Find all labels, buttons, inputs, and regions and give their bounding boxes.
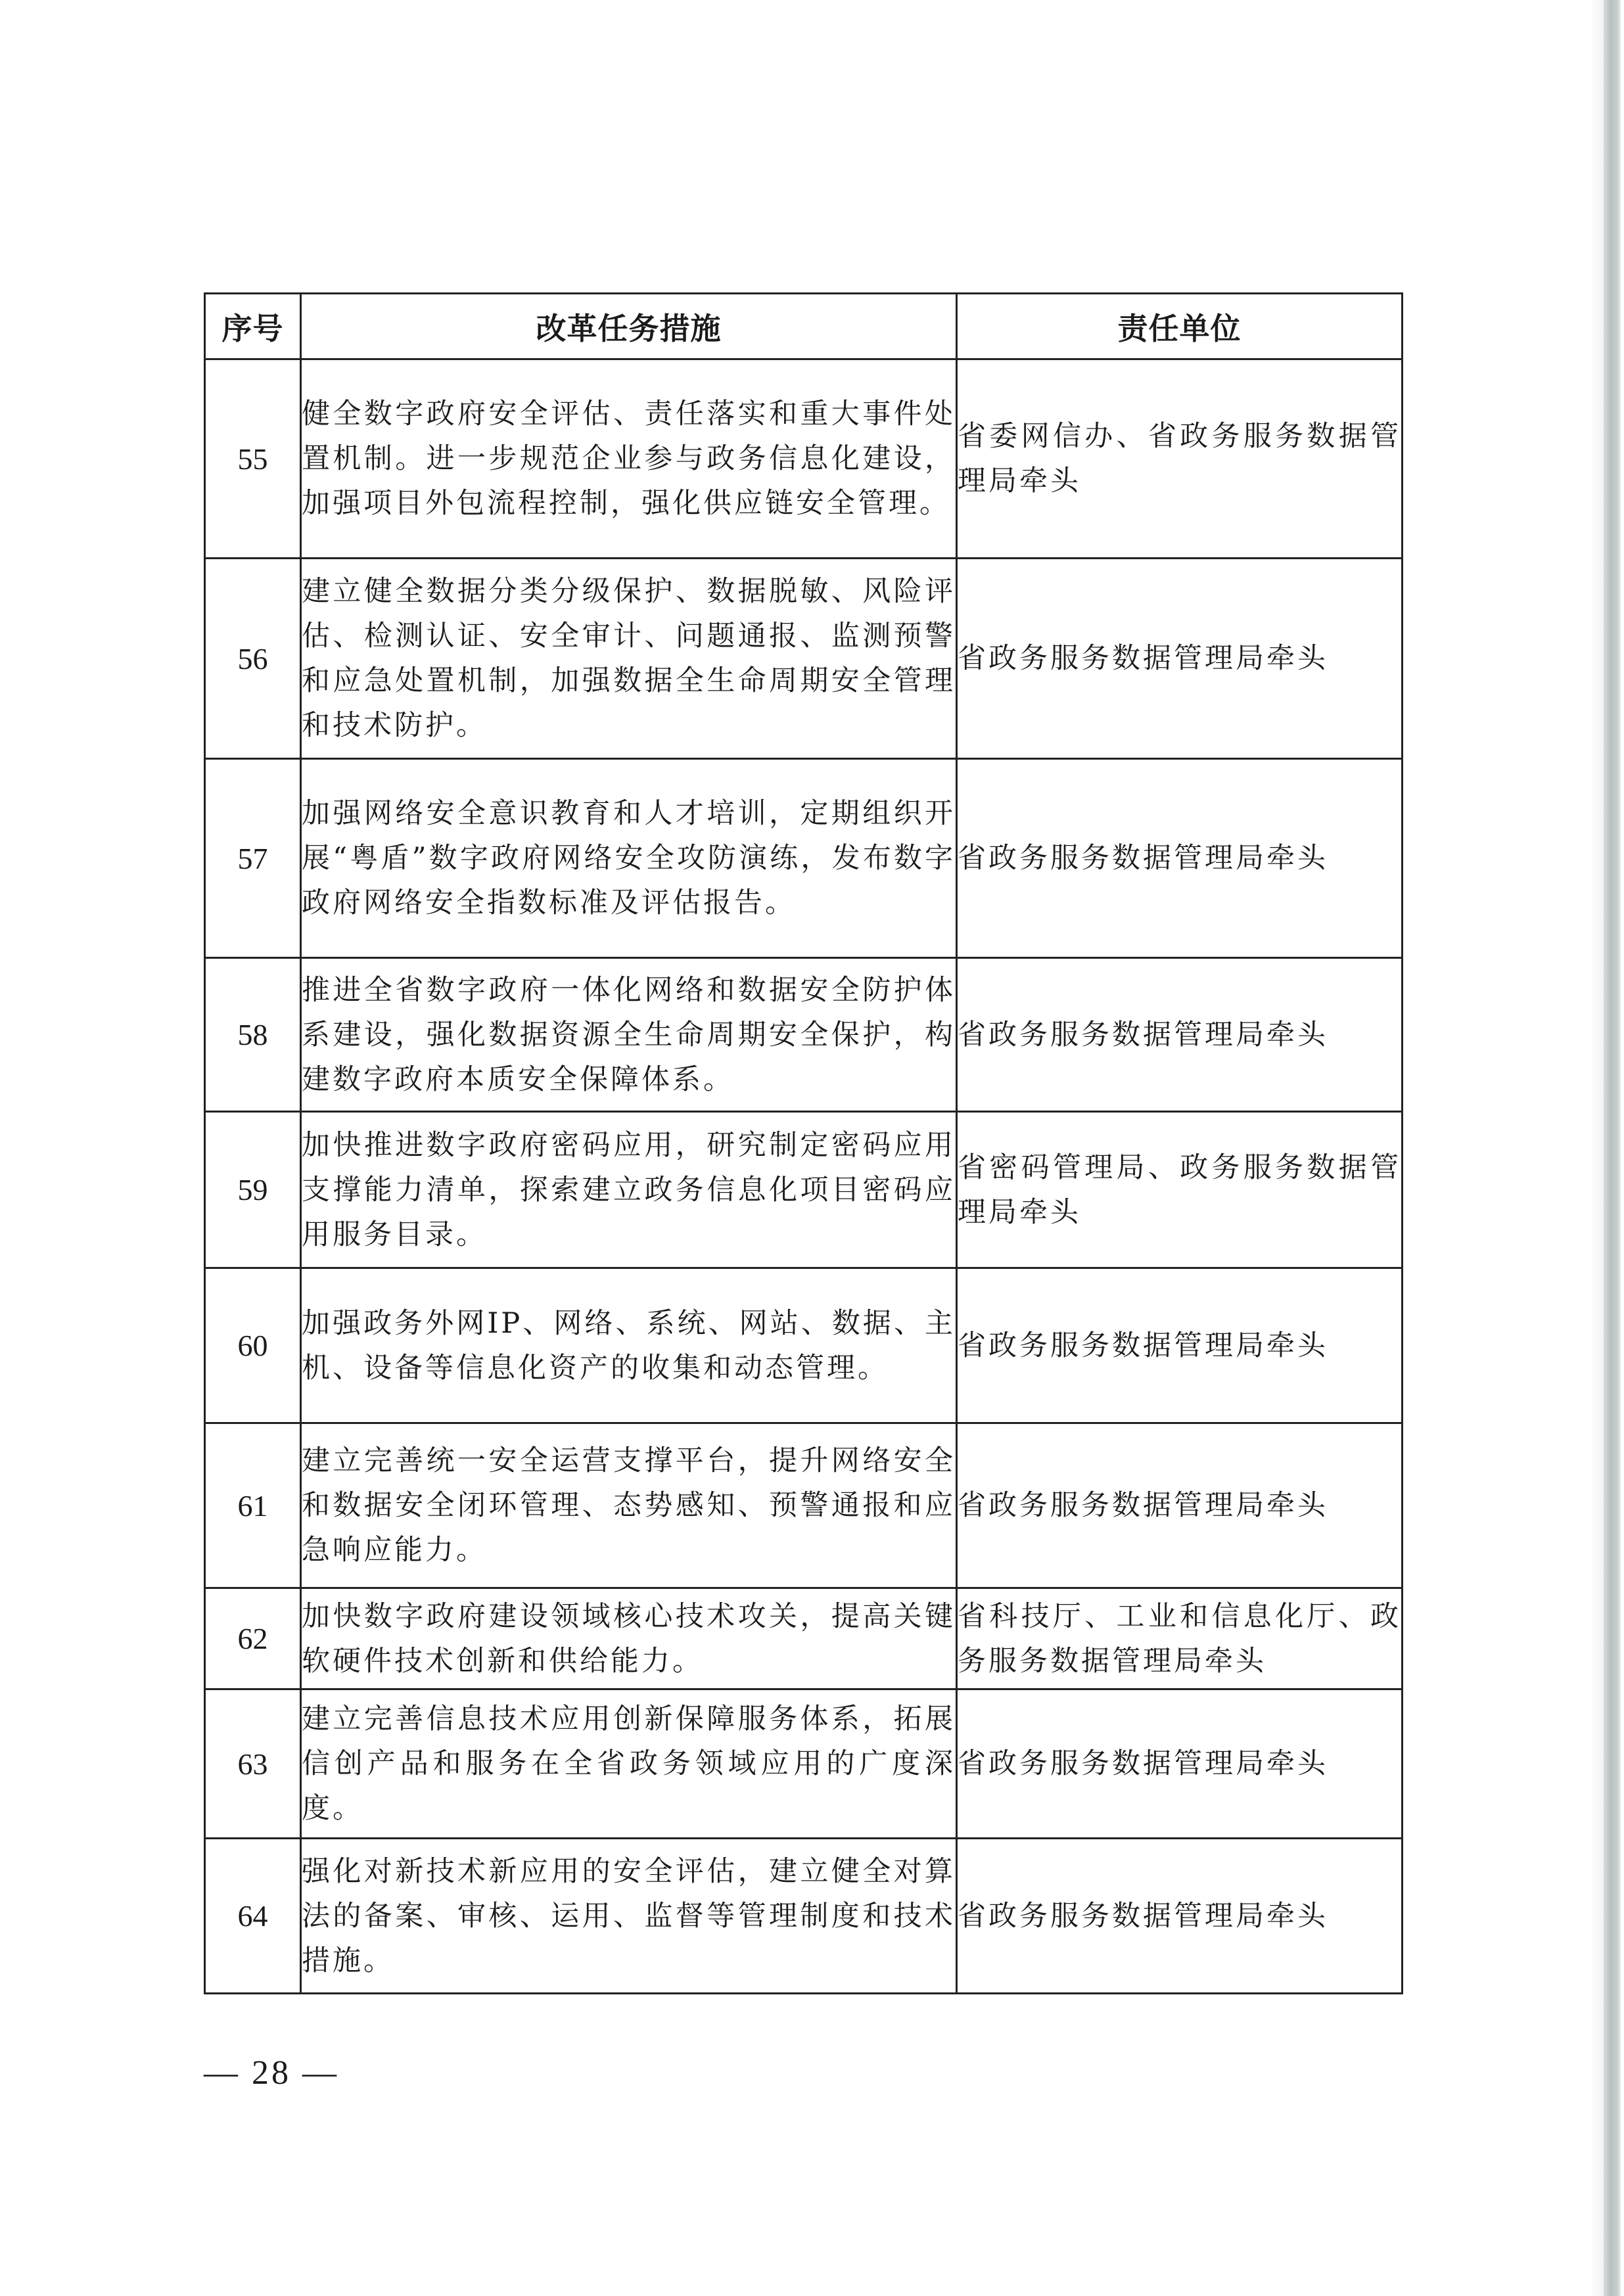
row-unit: 省密码管理局、政务服务数据管理局牵头	[957, 1112, 1403, 1268]
row-unit: 省政务服务数据管理局牵头	[957, 1423, 1403, 1588]
row-task: 加强网络安全意识教育和人才培训，定期组织开展“粤盾”数字政府网络安全攻防演练，发…	[301, 759, 957, 958]
row-task: 建立健全数据分类分级保护、数据脱敏、风险评估、检测认证、安全审计、问题通报、监测…	[301, 559, 957, 759]
row-unit: 省政务服务数据管理局牵头	[957, 1268, 1403, 1423]
row-task: 建立完善信息技术应用创新保障服务体系，拓展信创产品和服务在全省政务领域应用的广度…	[301, 1689, 957, 1839]
table-row: 55 健全数字政府安全评估、责任落实和重大事件处置机制。进一步规范企业参与政务信…	[205, 359, 1403, 559]
row-seq: 60	[205, 1268, 301, 1423]
reform-task-table: 序号 改革任务措施 责任单位 55 健全数字政府安全评估、责任落实和重大事件处置…	[204, 292, 1403, 1994]
row-seq: 56	[205, 559, 301, 759]
row-seq: 55	[205, 359, 301, 559]
row-task: 健全数字政府安全评估、责任落实和重大事件处置机制。进一步规范企业参与政务信息化建…	[301, 359, 957, 559]
row-unit: 省科技厅、工业和信息化厅、政务服务数据管理局牵头	[957, 1588, 1403, 1689]
table-row: 56 建立健全数据分类分级保护、数据脱敏、风险评估、检测认证、安全审计、问题通报…	[205, 559, 1403, 759]
table-row: 59 加快推进数字政府密码应用，研究制定密码应用支撑能力清单，探索建立政务信息化…	[205, 1112, 1403, 1268]
scan-edge-shadow	[1604, 0, 1621, 2296]
row-task: 加强政务外网IP、网络、系统、网站、数据、主机、设备等信息化资产的收集和动态管理…	[301, 1268, 957, 1423]
row-seq: 62	[205, 1588, 301, 1689]
row-unit: 省政务服务数据管理局牵头	[957, 1839, 1403, 1994]
scan-shadow-inner	[1590, 0, 1604, 2296]
row-unit: 省政务服务数据管理局牵头	[957, 958, 1403, 1112]
row-task: 强化对新技术新应用的安全评估，建立健全对算法的备案、审核、运用、监督等管理制度和…	[301, 1839, 957, 1994]
header-task: 改革任务措施	[301, 294, 957, 359]
table-row: 57 加强网络安全意识教育和人才培训，定期组织开展“粤盾”数字政府网络安全攻防演…	[205, 759, 1403, 958]
row-seq: 63	[205, 1689, 301, 1839]
page-number: — 28 —	[204, 2054, 339, 2092]
table-header-row: 序号 改革任务措施 责任单位	[205, 294, 1403, 359]
row-seq: 57	[205, 759, 301, 958]
row-task: 加快数字政府建设领域核心技术攻关，提高关键软硬件技术创新和供给能力。	[301, 1588, 957, 1689]
row-task: 加快推进数字政府密码应用，研究制定密码应用支撑能力清单，探索建立政务信息化项目密…	[301, 1112, 957, 1268]
table-row: 63 建立完善信息技术应用创新保障服务体系，拓展信创产品和服务在全省政务领域应用…	[205, 1689, 1403, 1839]
table-row: 64 强化对新技术新应用的安全评估，建立健全对算法的备案、审核、运用、监督等管理…	[205, 1839, 1403, 1994]
row-unit: 省政务服务数据管理局牵头	[957, 759, 1403, 958]
row-unit: 省政务服务数据管理局牵头	[957, 559, 1403, 759]
table-row: 60 加强政务外网IP、网络、系统、网站、数据、主机、设备等信息化资产的收集和动…	[205, 1268, 1403, 1423]
table-row: 61 建立完善统一安全运营支撑平台，提升网络安全和数据安全闭环管理、态势感知、预…	[205, 1423, 1403, 1588]
row-unit: 省委网信办、省政务服务数据管理局牵头	[957, 359, 1403, 559]
row-seq: 59	[205, 1112, 301, 1268]
row-seq: 58	[205, 958, 301, 1112]
header-seq: 序号	[205, 294, 301, 359]
row-task: 推进全省数字政府一体化网络和数据安全防护体系建设，强化数据资源全生命周期安全保护…	[301, 958, 957, 1112]
row-task: 建立完善统一安全运营支撑平台，提升网络安全和数据安全闭环管理、态势感知、预警通报…	[301, 1423, 957, 1588]
table-row: 58 推进全省数字政府一体化网络和数据安全防护体系建设，强化数据资源全生命周期安…	[205, 958, 1403, 1112]
row-seq: 61	[205, 1423, 301, 1588]
row-seq: 64	[205, 1839, 301, 1994]
table-row: 62 加快数字政府建设领域核心技术攻关，提高关键软硬件技术创新和供给能力。 省科…	[205, 1588, 1403, 1689]
header-unit: 责任单位	[957, 294, 1403, 359]
row-unit: 省政务服务数据管理局牵头	[957, 1689, 1403, 1839]
